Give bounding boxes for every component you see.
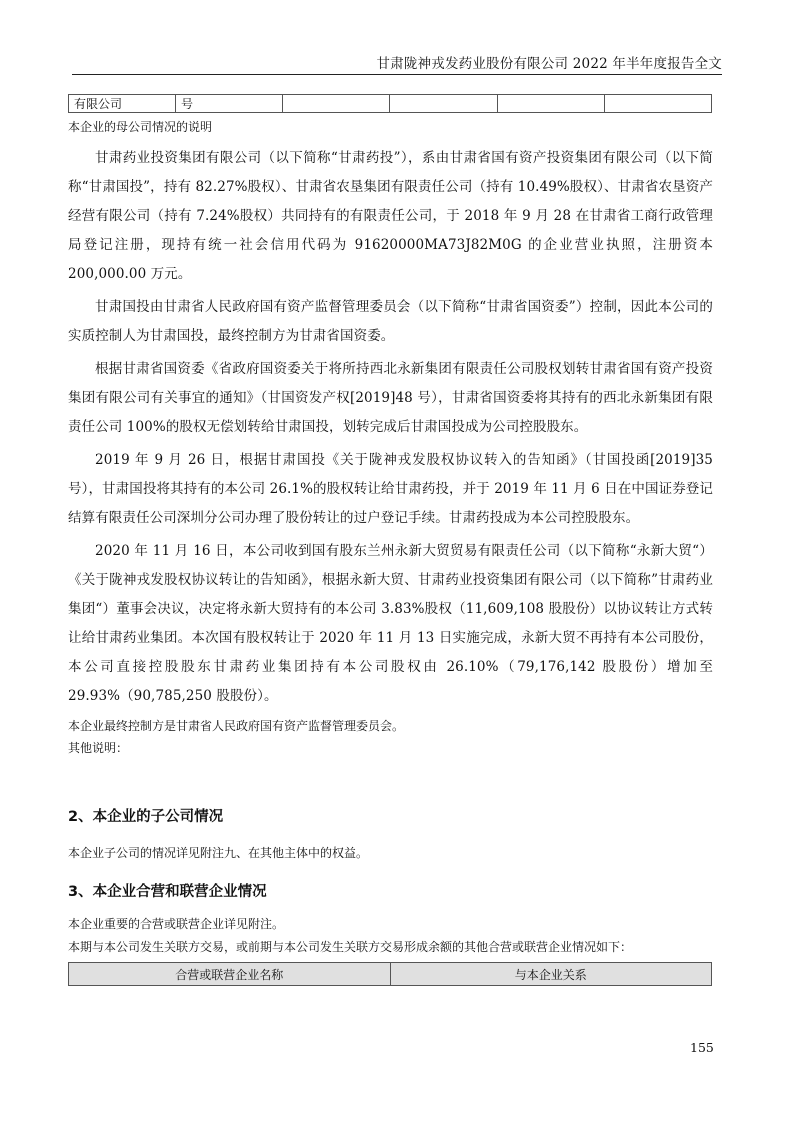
paragraph: 2020 年 11 月 16 日，本公司收到国有股东兰州永新大贸贸易有限责任公司… [68, 537, 713, 711]
paragraph: 甘肃国投由甘肃省人民政府国有资产监督管理委员会（以下简称“甘肃省国资委”）控制，… [68, 293, 713, 351]
paragraph: 甘肃药业投资集团有限公司（以下简称“甘肃药投”），系由甘肃省国有资产投资集团有限… [68, 144, 713, 289]
other-notes-label: 其他说明： [68, 739, 713, 757]
ultimate-controller-note: 本企业最终控制方是甘肃省人民政府国有资产监督管理委员会。 [68, 717, 713, 735]
section-heading-joint-ventures: 3、本企业合营和联营企业情况 [68, 880, 713, 901]
column-header-jv-name: 合营或联营企业名称 [69, 963, 391, 986]
joint-ventures-intro: 本期与本公司发生关联方交易，或前期与本公司发生关联方交易形成余额的其他合营或联营… [68, 938, 713, 956]
table-cell: 号 [176, 95, 283, 113]
parent-company-intro: 本企业的母公司情况的说明 [68, 118, 713, 136]
continuation-table: 有限公司 号 [68, 94, 712, 113]
column-header-relationship: 与本企业关系 [390, 963, 712, 986]
page-number: 155 [690, 1040, 714, 1055]
table-cell [283, 95, 390, 113]
page-content: 有限公司 号 本企业的母公司情况的说明 甘肃药业投资集团有限公司（以下简称“甘肃… [68, 94, 713, 986]
subsidiaries-note: 本企业子公司的情况详见附注九、在其他主体中的权益。 [68, 844, 713, 862]
joint-ventures-note: 本企业重要的合营或联营企业详见附注。 [68, 915, 713, 933]
table-cell [604, 95, 711, 113]
table-cell [390, 95, 497, 113]
table-cell [497, 95, 604, 113]
table-cell: 有限公司 [69, 95, 176, 113]
table-row: 有限公司 号 [69, 95, 712, 113]
table-header-row: 合营或联营企业名称 与本企业关系 [69, 963, 712, 986]
paragraph: 2019 年 9 月 26 日，根据甘肃国投《关于陇神戎发股权协议转入的告知函》… [68, 446, 713, 533]
joint-ventures-table: 合营或联营企业名称 与本企业关系 [68, 962, 712, 986]
paragraph: 根据甘肃省国资委《省政府国资委关于将所持西北永新集团有限责任公司股权划转甘肃省国… [68, 355, 713, 442]
report-header-title: 甘肃陇神戎发药业股份有限公司 2022 年半年度报告全文 [72, 52, 722, 72]
header-divider [72, 74, 722, 75]
parent-company-description: 甘肃药业投资集团有限公司（以下简称“甘肃药投”），系由甘肃省国有资产投资集团有限… [68, 144, 713, 711]
section-heading-subsidiaries: 2、本企业的子公司情况 [68, 805, 713, 826]
